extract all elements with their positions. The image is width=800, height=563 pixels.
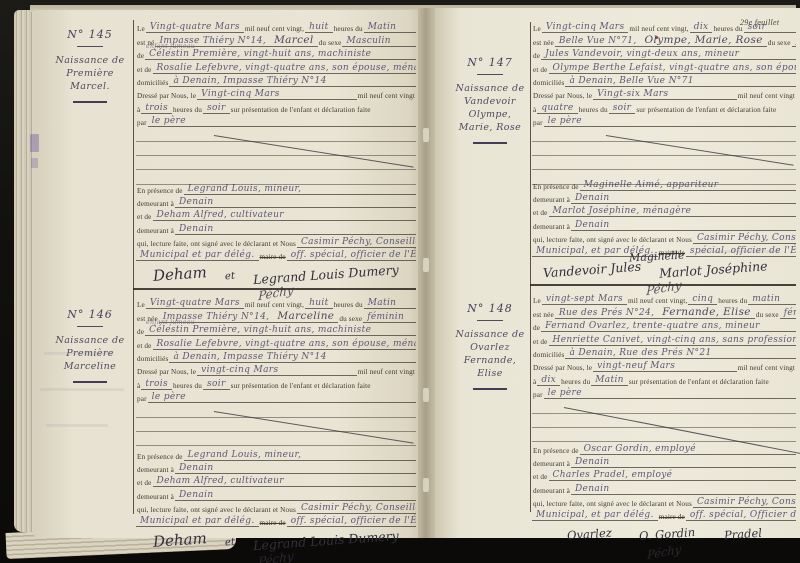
violet-stamp-mark (31, 158, 38, 168)
printed-label: mil neuf cent vingt, (627, 297, 688, 305)
line-birthplace-child: est née Belle Vue N°71, Olympe, Marie, R… (532, 33, 796, 46)
printed-label: Le (532, 25, 542, 33)
written-declarant: le père (148, 392, 190, 403)
line-officer-1: qui, lecture faite, ont signé avec le dé… (532, 495, 796, 508)
printed-label: du sexe (338, 315, 363, 323)
written-sex: féminin (792, 36, 796, 47)
written-residence: Denain (571, 457, 796, 468)
line-act-hour: à quatre heures du soir sur présentation… (532, 100, 796, 113)
printed-label: et de (136, 66, 153, 74)
line-witness1-residence: demeurant à Denain (532, 455, 796, 468)
blank-rule (136, 142, 416, 156)
written-officer-title: off. spécial, Officier de l'État civil (686, 510, 796, 521)
printed-label: par (532, 391, 544, 399)
written-mother: Rosalie Lefebvre, vingt-quatre ans, son … (153, 63, 416, 74)
written-mother: Rosalie Lefebvre, vingt-quatre ans, son … (153, 339, 416, 350)
written-domicile: à Denain, Impasse Thiéry N°14 (169, 76, 416, 87)
printed-label: du sexe (318, 39, 343, 47)
line-act-hour: à dix heures du Matin sur présentation d… (532, 372, 796, 385)
printed-label: heures du (333, 25, 364, 33)
written-officer-name: Casimir Péchy, Conseiller (693, 497, 796, 508)
written-act-date: vingt-cinq Mars (197, 365, 357, 376)
line-witness2: et de Deham Alfred, cultivateur (136, 208, 416, 221)
line-birth-datetime: Le Vingt-quatre Mars mil neuf cent vingt… (136, 20, 416, 33)
printed-born-label: est née (532, 311, 555, 319)
margin-title-line: Vandevoir (452, 95, 528, 108)
written-birth-hour: huit (305, 298, 333, 309)
birth-record-148: N° 148 Naissance de Ovarlez Fernande, El… (452, 288, 798, 538)
printed-label: Le (136, 25, 146, 33)
written-domicile: à Denain, Belle Vue N°71 (565, 76, 796, 87)
printed-label: mil neuf cent vingt (737, 92, 796, 100)
printed-label: demeurant à (532, 460, 571, 468)
margin-title-line: Naissance de (48, 334, 132, 347)
birth-record-147: N° 147 Naissance de Vandevoir Olympe, Ma… (452, 16, 798, 282)
written-birth-period: soir (744, 22, 796, 33)
printed-label: qui, lecture faite, ont signé avec le dé… (532, 236, 693, 244)
written-mother: Olympe Berthe Lefaist, vingt-quatre ans,… (549, 63, 796, 74)
record-margin: N° 145 Naissance de Première Marcel. (48, 16, 132, 103)
printed-label-struck: maire de (259, 253, 287, 261)
written-officer-name: Casimir Péchy, Conseiller (693, 233, 796, 244)
written-birth-hour: huit (305, 22, 333, 33)
line-act-hour: à trois heures du soir sur présentation … (136, 100, 416, 113)
signature: Legrand Louis Dumery (253, 262, 399, 287)
line-birth-datetime: Le Vingt-quatre Mars mil neuf cent vingt… (136, 296, 416, 309)
printed-label: domiciliés (532, 79, 565, 87)
printed-label: sur présentation de l'enfant et déclarat… (230, 106, 372, 114)
line-mother: et de Henriette Canivet, vingt-cinq ans,… (532, 332, 796, 345)
written-birth-hour: cinq (688, 294, 717, 305)
margin-title-line: Olympe, Marie, Rose (452, 108, 528, 134)
line-witness2: et de Charles Pradel, employé (532, 468, 796, 481)
written-witness1: Legrand Louis, mineur, (184, 450, 416, 461)
record-margin: N° 146 Naissance de Première Marceline (48, 292, 132, 383)
written-child-name: Olympe, Marie, Rose (641, 34, 767, 47)
printed-label: heures du (172, 106, 203, 114)
blank-ruled-area (136, 403, 416, 447)
margin-divider (77, 326, 103, 327)
line-birth-datetime: Le Vingt-cinq Mars mil neuf cent vingt, … (532, 20, 796, 33)
line-birth-datetime: Le vingt-sept Mars mil neuf cent vingt, … (532, 292, 796, 305)
line-act-date: Dressé par Nous, le vingt-neuf Mars mil … (532, 359, 796, 372)
printed-label: par (136, 395, 148, 403)
printed-label: heures du (333, 301, 364, 309)
written-birth-date: Vingt-quatre Mars (146, 298, 244, 309)
line-domicile: domiciliés à Denain, Belle Vue N°71 (532, 74, 796, 87)
written-officer-title: Municipal et par délég. (136, 250, 259, 261)
printed-label: et de (532, 338, 549, 346)
written-child-name: Marcel (270, 34, 318, 47)
signature: Vandevoir Jules (542, 259, 641, 281)
written-sex: Masculin (342, 36, 416, 47)
record-margin: N° 148 Naissance de Ovarlez Fernande, El… (452, 288, 528, 390)
margin-title-line: Naissance de (452, 328, 528, 341)
printed-label-struck: maire de (259, 519, 287, 527)
written-act-period: soir (609, 103, 636, 114)
line-declarant: par le père (532, 114, 796, 127)
printed-label: domiciliés (136, 79, 169, 87)
signature: O. Gordin (639, 526, 696, 544)
printed-label: sur présentation de l'enfant et déclarat… (230, 382, 372, 390)
written-declarant: le père (544, 388, 586, 399)
written-father: Célestin Première, vingt-huit ans, machi… (145, 49, 416, 60)
printed-label: et de (136, 479, 153, 487)
registry-photo: { "page": { "feuillet": "29e feuillet" }… (0, 0, 800, 563)
line-officer-2: Municipal et par délég. maire de off. sp… (136, 514, 416, 527)
written-act-hour: quatre (537, 103, 577, 114)
binding-stitch (423, 258, 429, 272)
printed-label: mil neuf cent vingt (357, 368, 416, 376)
printed-label: par (532, 119, 544, 127)
line-witness1-residence: demeurant à Denain (532, 191, 796, 204)
written-witness2: Charles Pradel, employé (549, 470, 796, 481)
written-birthplace: Belle Vue N°71, (555, 36, 641, 47)
written-father: Jules Vandevoir, vingt-deux ans, mineur (541, 49, 796, 60)
margin-divider (73, 101, 107, 103)
printed-label: qui, lecture faite, ont signé avec le dé… (532, 500, 693, 508)
line-witness2-residence: demeurant à Denain (136, 221, 416, 234)
written-officer-title: spécial, officier de l'État civil (686, 246, 796, 257)
margin-divider (473, 142, 507, 144)
written-act-period: Matin (591, 375, 628, 386)
blank-rule (136, 127, 416, 141)
printed-label: de (532, 324, 541, 332)
printed-label: mil neuf cent vingt, (244, 25, 305, 33)
printed-label: demeurant à (532, 223, 571, 231)
printed-label: mil neuf cent vingt (357, 92, 416, 100)
line-witness2-residence: demeurant à Denain (136, 487, 416, 500)
margin-divider (73, 381, 107, 383)
margin-title-line: Marceline (48, 360, 132, 373)
written-sex: féminin (780, 308, 796, 319)
written-officer-title: Municipal, et par délég. (532, 510, 658, 521)
written-witness1: Legrand Louis, mineur, (184, 184, 416, 195)
written-birth-date: vingt-sept Mars (542, 294, 627, 305)
written-witness2: Marlot Joséphine, ménagère (549, 206, 796, 217)
printed-label: mil neuf cent vingt (737, 364, 796, 372)
signature: Pradel (723, 526, 762, 543)
printed-label: demeurant à (136, 200, 175, 208)
signature: Legrand Louis Dumery (253, 528, 399, 553)
record-body: Le vingt-sept Mars mil neuf cent vingt, … (532, 292, 796, 561)
written-birthplace: Rue des Prés N°24, (555, 308, 658, 319)
written-act-hour: dix (537, 375, 560, 386)
printed-label: Dressé par Nous, le (532, 92, 593, 100)
line-officer-2: Municipal et par délég. maire de off. sp… (136, 248, 416, 261)
blank-ruled-area (532, 127, 796, 177)
written-officer-name: Casimir Péchy, Conseiller (297, 237, 416, 248)
written-birth-date: Vingt-cinq Mars (542, 22, 629, 33)
blank-rule (532, 428, 796, 442)
line-domicile: domiciliés à Denain, Rue des Prés N°21 (532, 346, 796, 359)
margin-title-line: Fernande, Elise (452, 354, 528, 380)
birth-record-146: N° 146 Naissance de Première Marceline L… (48, 292, 418, 540)
printed-label: du sexe (755, 311, 780, 319)
violet-stamp-mark (30, 134, 39, 152)
written-domicile: à Denain, Rue des Prés N°21 (565, 348, 796, 359)
printed-label: mil neuf cent vingt, (244, 301, 305, 309)
written-act-hour: trois (141, 103, 172, 114)
line-officer-1: qui, lecture faite, ont signé avec le dé… (532, 231, 796, 244)
printed-label: et de (532, 473, 549, 481)
written-residence: Denain (571, 220, 796, 231)
printed-label: demeurant à (136, 466, 175, 474)
printed-label: demeurant à (532, 487, 571, 495)
printed-label: sur présentation de l'enfant et déclarat… (635, 106, 777, 114)
blank-ruled-area (532, 399, 796, 441)
book-binding-gutter (418, 8, 435, 538)
printed-label: heures du (560, 378, 591, 386)
signature: Deham (153, 530, 208, 552)
birth-record-145: N° 145 Naissance de Première Marcel. Le … (48, 16, 418, 288)
margin-title-line: Ovarlez (452, 341, 528, 354)
signature: et (225, 271, 236, 283)
line-mother: et de Rosalie Lefebvre, vingt-quatre ans… (136, 60, 416, 73)
printed-label: domiciliés (136, 355, 169, 363)
line-witness1: En présence de Oscar Gordin, employé (532, 441, 796, 454)
printed-label: heures du (578, 106, 609, 114)
line-witness1-residence: demeurant à Denain (136, 195, 416, 208)
act-number: N° 148 (452, 302, 528, 315)
signature: Deham (153, 264, 208, 286)
written-domicile: à Denain, Impasse Thiéry N°14 (169, 352, 416, 363)
line-domicile: domiciliés à Denain, Impasse Thiéry N°14 (136, 350, 416, 363)
margin-title-line: Naissance de (452, 82, 528, 95)
printed-label: demeurant à (136, 493, 175, 501)
printed-label: et de (532, 209, 549, 217)
written-act-period: soir (203, 103, 230, 114)
printed-label: qui, lecture faite, ont signé avec le dé… (136, 506, 297, 514)
binding-stitch (423, 478, 429, 492)
written-sex: féminin (363, 312, 416, 323)
written-act-date: Vingt-six Mars (593, 89, 737, 100)
printed-label: En présence de (136, 453, 184, 461)
written-birth-hour: dix (690, 22, 713, 33)
annotation-text: enfant jumeau (146, 319, 195, 326)
act-number: N° 147 (452, 56, 528, 69)
written-birth-period: Matin (364, 22, 416, 33)
blank-rule (532, 399, 796, 413)
printed-label-struck: maire de (658, 513, 686, 521)
printed-label: Dressé par Nous, le (532, 364, 593, 372)
written-birth-date: Vingt-quatre Mars (146, 22, 244, 33)
record-body: Le Vingt-quatre Mars mil neuf cent vingt… (136, 20, 416, 301)
written-residence: Denain (175, 490, 416, 501)
printed-label: de (136, 52, 145, 60)
line-father: de Jules Vandevoir, vingt-deux ans, mine… (532, 47, 796, 60)
printed-label: sur présentation de l'enfant et déclarat… (628, 378, 770, 386)
printed-born-label: est née (532, 39, 555, 47)
written-child-name: Marceline (273, 310, 338, 323)
record-body: Le Vingt-cinq Mars mil neuf cent vingt, … (532, 20, 796, 297)
binding-stitch (423, 128, 429, 142)
written-father: Fernand Ovarlez, trente-quatre ans, mine… (541, 321, 796, 332)
printed-label: Dressé par Nous, le (136, 92, 197, 100)
written-mother: Henriette Canivet, vingt-cinq ans, sans … (549, 335, 796, 346)
signature: Ovarlez (566, 526, 612, 543)
annotation-text: enfant jumeau (146, 43, 195, 50)
written-act-date: vingt-neuf Mars (593, 361, 737, 372)
signature-officer: Péchy (647, 542, 681, 562)
written-act-date: Vingt-cinq Mars (197, 89, 357, 100)
printed-label: domiciliés (532, 351, 565, 359)
written-officer-title: off. spécial, officier de l'État civil (287, 516, 416, 527)
written-officer-title: off. spécial, officier de l'État civil (287, 250, 416, 261)
written-declarant: le père (544, 116, 586, 127)
blank-rule (532, 127, 796, 141)
signatures-block: Ovarlez O. Gordin Pradel Péchy (532, 521, 796, 561)
written-residence: Denain (175, 463, 416, 474)
line-officer-2: Municipal, et par délég. maire de off. s… (532, 508, 796, 521)
blank-ruled-area (136, 127, 416, 181)
printed-label: En présence de (136, 187, 184, 195)
blank-rule (136, 156, 416, 170)
printed-label: demeurant à (532, 196, 571, 204)
margin-title-line: Naissance de (48, 54, 132, 67)
written-residence: Denain (571, 193, 796, 204)
printed-label: et de (136, 213, 153, 221)
blank-rule (136, 403, 416, 417)
written-witness2: Deham Alfred, cultivateur (153, 210, 416, 221)
written-act-hour: trois (141, 379, 172, 390)
line-act-date: Dressé par Nous, le Vingt-cinq Mars mil … (136, 87, 416, 100)
blank-rule (136, 170, 416, 184)
signatures-block: Deham et Legrand Louis Dumery Péchy (136, 527, 416, 563)
line-witness2-residence: demeurant à Denain (532, 217, 796, 230)
act-number: N° 145 (48, 28, 132, 41)
printed-label: Dressé par Nous, le (136, 368, 197, 376)
record-body: Le Vingt-quatre Mars mil neuf cent vingt… (136, 296, 416, 563)
written-birth-period: Matin (364, 298, 416, 309)
line-witness2: et de Deham Alfred, cultivateur (136, 474, 416, 487)
written-act-period: soir (203, 379, 230, 390)
printed-label: En présence de (532, 447, 580, 455)
blank-rule (532, 170, 796, 184)
margin-divider (77, 46, 103, 47)
margin-title-line: Première (48, 67, 132, 80)
margin-title-line: Marcel. (48, 80, 132, 93)
line-declarant: par le père (136, 390, 416, 403)
printed-label: Le (532, 297, 542, 305)
line-officer-1: qui, lecture faite, ont signé avec le dé… (136, 501, 416, 514)
record-margin: N° 147 Naissance de Vandevoir Olympe, Ma… (452, 16, 528, 144)
printed-label: heures du (712, 25, 743, 33)
margin-title-line: Première (48, 347, 132, 360)
blank-rule (136, 432, 416, 446)
written-residence: Denain (571, 484, 796, 495)
line-witness2-residence: demeurant à Denain (532, 481, 796, 494)
written-father: Célestin Première, vingt-huit ans, machi… (145, 325, 416, 336)
line-witness2: et de Marlot Joséphine, ménagère (532, 204, 796, 217)
printed-label: Le (136, 301, 146, 309)
blank-rule (136, 418, 416, 432)
line-mother: et de Rosalie Lefebvre, vingt-quatre ans… (136, 336, 416, 349)
written-child-name: Fernande, Elise (658, 306, 755, 319)
printed-label: et de (532, 66, 549, 74)
printed-label: du sexe (767, 39, 792, 47)
line-act-hour: à trois heures du soir sur présentation … (136, 376, 416, 389)
printed-label: de (136, 328, 145, 336)
written-witness2: Deham Alfred, cultivateur (153, 476, 416, 487)
printed-label: heures du (172, 382, 203, 390)
written-residence: Denain (175, 224, 416, 235)
printed-label: heures du (717, 297, 748, 305)
margin-divider (477, 74, 503, 75)
signature: et (225, 537, 236, 549)
line-witness1-residence: demeurant à Denain (136, 461, 416, 474)
line-birthplace-child: est née Rue des Prés N°24, Fernande, Eli… (532, 305, 796, 318)
line-act-date: Dressé par Nous, le Vingt-six Mars mil n… (532, 87, 796, 100)
written-birth-period: matin (748, 294, 796, 305)
written-declarant: le père (148, 116, 190, 127)
margin-divider (477, 320, 503, 321)
line-witness1: En présence de Legrand Louis, mineur, (136, 447, 416, 460)
written-residence: Denain (175, 197, 416, 208)
printed-label: demeurant à (136, 227, 175, 235)
written-officer-title: Municipal et par délég. (136, 516, 259, 527)
line-domicile: domiciliés à Denain, Impasse Thiéry N°14 (136, 74, 416, 87)
binding-stitch (423, 388, 429, 402)
line-officer-1: qui, lecture faite, ont signé avec le dé… (136, 235, 416, 248)
line-act-date: Dressé par Nous, le vingt-cinq Mars mil … (136, 363, 416, 376)
margin-divider (473, 388, 507, 390)
line-declarant: par le père (136, 114, 416, 127)
act-number: N° 146 (48, 308, 132, 321)
line-declarant: par le père (532, 386, 796, 399)
line-mother: et de Olympe Berthe Lefaist, vingt-quatr… (532, 60, 796, 73)
printed-label: de (532, 52, 541, 60)
printed-label: qui, lecture faite, ont signé avec le dé… (136, 240, 297, 248)
line-father: de Fernand Ovarlez, trente-quatre ans, m… (532, 319, 796, 332)
printed-label: par (136, 119, 148, 127)
written-officer-name: Casimir Péchy, Conseiller (297, 503, 416, 514)
printed-label: et de (136, 342, 153, 350)
printed-label: mil neuf cent vingt, (628, 25, 689, 33)
